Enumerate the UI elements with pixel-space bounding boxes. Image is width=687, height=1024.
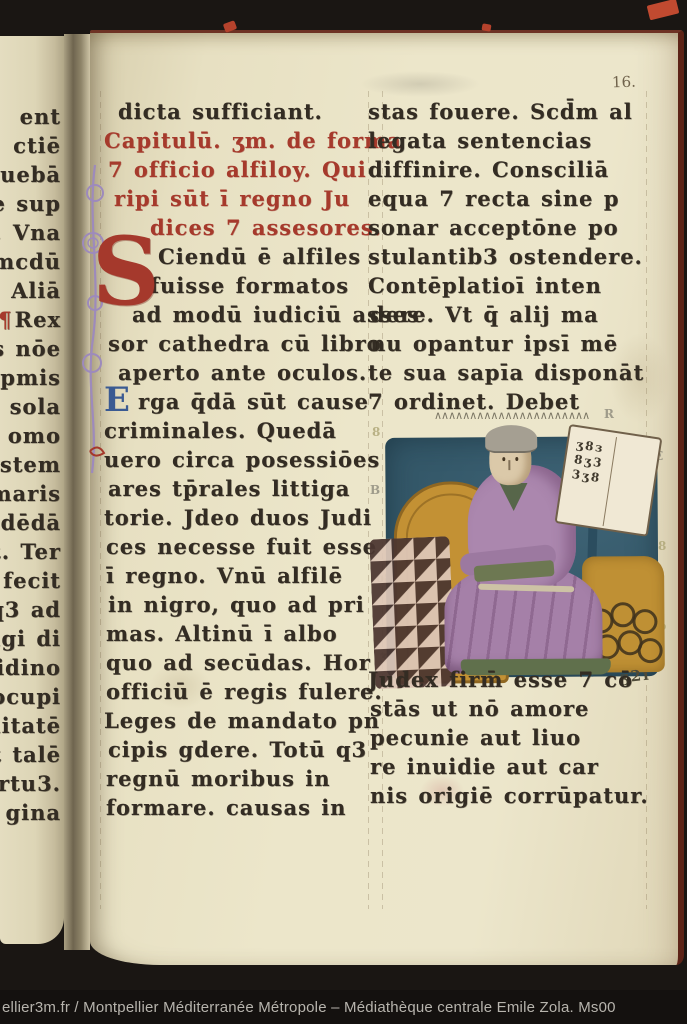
manuscript-line: criminales. Quedā <box>104 416 376 445</box>
photo-area: entctiēquebāde supde. Vnamcdūne. Aliāt ¶… <box>0 0 687 990</box>
facing-page-lines: entctiēquebāde supde. Vnamcdūne. Aliāt ¶… <box>0 102 61 827</box>
manuscript-line: ent <box>0 102 61 131</box>
manuscript-line: equa 7 recta sine p <box>368 184 644 213</box>
red-edge-tab <box>647 0 680 20</box>
illuminated-initial-s: S <box>92 229 160 315</box>
margin-doodle: 8 <box>658 539 666 553</box>
manuscript-line: uero circa posessiōes <box>104 445 376 474</box>
manuscript-line: figi di <box>0 624 61 653</box>
manuscript-line: formare. causas in <box>104 793 376 822</box>
parchment-stain <box>360 71 480 97</box>
manuscript-line: in nigro, quo ad pri <box>104 590 376 619</box>
manuscript-line: torie. Jdeo duos Judi <box>104 503 376 532</box>
pen-zigzag: ∧∧∧∧∧∧∧∧∧∧∧∧∧∧∧∧∧∧∧∧∧∧ <box>434 409 624 422</box>
text-column-right-lower: Judex firm̄ esse 7 cōstās ut nō amorepec… <box>368 665 652 810</box>
manuscript-line: hidino <box>0 653 61 682</box>
manuscript-line: omo <box>0 421 61 450</box>
manuscript-line: legata sentencias <box>368 126 644 155</box>
margin-doodle: B <box>370 483 380 497</box>
manuscript-line: ctiē <box>0 131 61 160</box>
judge-eye <box>502 457 505 461</box>
manuscript-line: re inuidie aut car <box>368 752 652 781</box>
miniature-background: ʒ8ɜ 8ʒ3 3ʒ8 <box>385 436 659 678</box>
manuscript-line: rtu3. <box>0 769 61 798</box>
bench-ornament-circle <box>632 609 657 634</box>
manuscript-line: stās ut nō amore <box>368 694 652 723</box>
manuscript-line: stulantib3 ostendere. <box>368 242 644 271</box>
manuscript-line: regnū moribus in <box>104 764 376 793</box>
manuscript-line: quebā <box>0 160 61 189</box>
manuscript-photo: entctiēquebāde supde. Vnamcdūne. Aliāt ¶… <box>0 0 687 1024</box>
manuscript-line: s nōe <box>0 334 61 363</box>
manuscript-line: diffinire. Consciliā <box>368 155 644 184</box>
judge-nose <box>508 460 510 470</box>
manuscript-line: usq3 ad <box>0 595 61 624</box>
manuscript-line: dere. Vt q̄ alij ma <box>368 300 644 329</box>
margin-doodle: 8 <box>372 425 380 439</box>
manuscript-line: ripi sūt ī regno Ju <box>104 184 376 213</box>
open-book: ʒ8ɜ 8ʒ3 3ʒ8 <box>555 424 663 537</box>
manuscript-line: dicta sufficiant. <box>104 97 376 126</box>
manuscript-line: ī fecit <box>0 566 61 595</box>
manuscript-line: mcdū <box>0 247 61 276</box>
margin-doodle: R <box>604 407 614 421</box>
manuscript-line: rga q̄dā sūt cause <box>104 387 376 416</box>
manuscript-line: ne. Aliā <box>0 276 61 305</box>
manuscript-line: ares tp̄rales littiga <box>104 474 376 503</box>
facing-page-edge: entctiēquebāde supde. Vnamcdūne. Aliāt ¶… <box>0 36 64 944</box>
manuscript-line: aperto ante oculos. <box>104 358 376 387</box>
manuscript-page: 16. dicta sufficiant.Capitulū. ʒm. de fo… <box>90 30 684 965</box>
manuscript-line: Leges de mandato pn <box>104 706 376 735</box>
attribution-text: ellier3m.fr / Montpellier Méditerranée M… <box>0 999 616 1016</box>
manuscript-line: nu opantur ipsī mē <box>368 329 644 358</box>
manuscript-line: t ¶Rex <box>0 305 61 334</box>
manuscript-line: bit talē <box>0 740 61 769</box>
manuscript-line: nis origiē corrūpatur. <box>368 781 652 810</box>
manuscript-line: 7 officio alfiloy. Qui <box>104 155 376 184</box>
manuscript-line: mas. Altinū ī albo <box>104 619 376 648</box>
attribution-bar: ellier3m.fr / Montpellier Méditerranée M… <box>0 990 687 1024</box>
manuscript-line: pmis <box>0 363 61 392</box>
manuscript-line: quo ad secūdas. Hor <box>104 648 376 677</box>
manuscript-line: de sup <box>0 189 61 218</box>
manuscript-line: pecunie aut liuo <box>368 723 652 752</box>
text-column-right: stas fouere. Scd̄m allegata sentenciasdi… <box>368 97 644 416</box>
manuscript-line: Judex firm̄ esse 7 cō <box>368 665 652 694</box>
manuscript-line: ostem <box>0 450 61 479</box>
manuscript-line: Capitulū. ʒm. de forma <box>104 126 376 155</box>
judge-cap <box>485 425 537 453</box>
miniature-illustration: ∧∧∧∧∧∧∧∧∧∧∧∧∧∧∧∧∧∧∧∧∧∧ 8 B o8 ʒ E 8 8o R <box>376 421 668 693</box>
manuscript-line: dit. Ter <box>0 537 61 566</box>
bench-ornament-circle <box>638 638 663 663</box>
manuscript-line: maris <box>0 479 61 508</box>
red-edge-tab <box>481 23 491 31</box>
manuscript-line: de. Vna <box>0 218 61 247</box>
judge-eye <box>515 457 518 461</box>
manuscript-line: sor cathedra cū libro <box>104 329 376 358</box>
folio-number: 16. <box>612 73 636 92</box>
manuscript-line: Contēplatioī inten <box>368 271 644 300</box>
manuscript-line: te sua sapīa disponāt <box>368 358 644 387</box>
manuscript-line: cipis gdere. Totū q3 <box>104 735 376 764</box>
manuscript-line: gina <box>0 798 61 827</box>
manuscript-line: officiū ē regis fulere. <box>104 677 376 706</box>
text-column-left: dicta sufficiant.Capitulū. ʒm. de forma7… <box>104 97 376 822</box>
manuscript-line: ces necesse fuit esse <box>104 532 376 561</box>
manuscript-line: te sola <box>0 392 61 421</box>
manuscript-line: ocupi <box>0 682 61 711</box>
manuscript-line: mitatē <box>0 711 61 740</box>
manuscript-line: stas fouere. Scd̄m al <box>368 97 644 126</box>
manuscript-line: ī regno. Vnū alfilē <box>104 561 376 590</box>
illuminated-initial-e: E <box>104 383 130 417</box>
manuscript-line: sonar acceptōne po <box>368 213 644 242</box>
manuscript-line: udēdā <box>0 508 61 537</box>
